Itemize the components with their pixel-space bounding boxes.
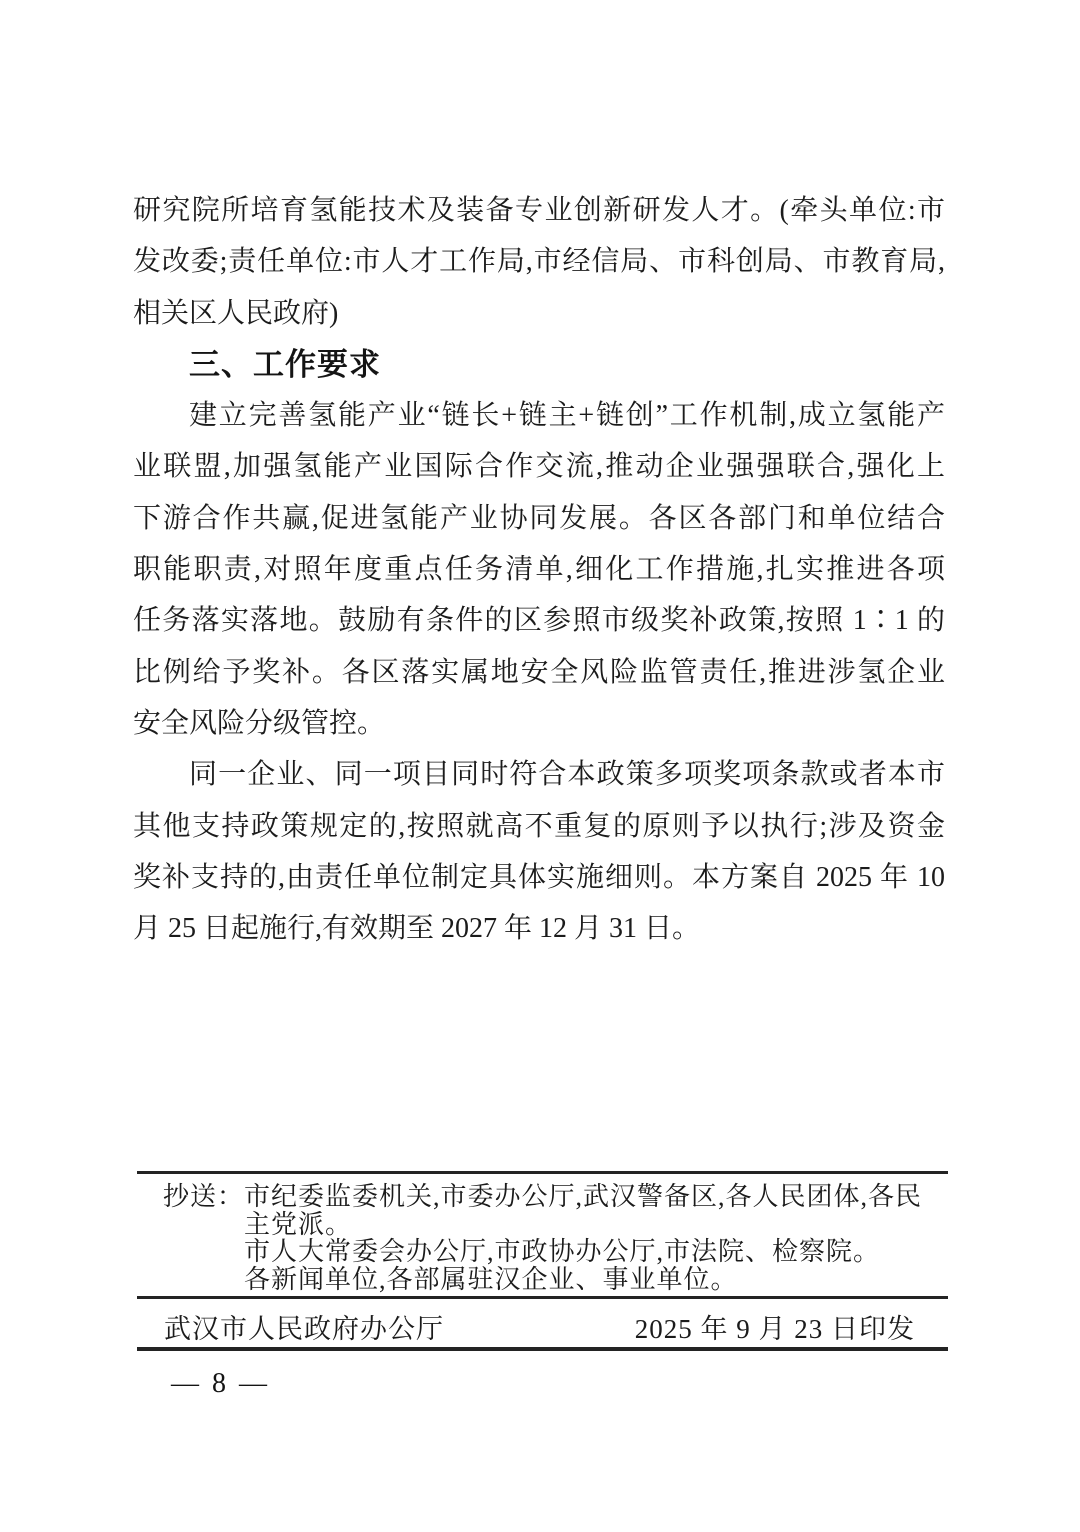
body-line: 奖补支持的,由责任单位制定具体实施细则。本方案自 2025 年 10 bbox=[133, 852, 945, 903]
cc-lines: 市纪委监委机关,市委办公厅,武汉警备区,各人民团体,各民 主党派。 市人大常委会… bbox=[244, 1183, 948, 1293]
document-body: 研究院所培育氢能技术及装备专业创新研发人才。(牵头单位:市 发改委;责任单位:市… bbox=[133, 185, 945, 954]
cc-line: 各新闻单位,各部属驻汉企业、事业单位。 bbox=[244, 1266, 948, 1294]
cc-line: 市人大常委会办公厅,市政协办公厅,市法院、检察院。 bbox=[244, 1238, 948, 1266]
issuer-name: 武汉市人民政府办公厅 bbox=[164, 1307, 444, 1346]
cc-line: 主党派。 bbox=[244, 1211, 948, 1239]
page-number: — 8 — bbox=[171, 1368, 270, 1400]
section-heading: 三、工作要求 bbox=[133, 339, 945, 390]
body-line: 研究院所培育氢能技术及装备专业创新研发人才。(牵头单位:市 bbox=[133, 185, 945, 236]
body-line: 月 25 日起施行,有效期至 2027 年 12 月 31 日。 bbox=[133, 903, 945, 954]
document-page: 研究院所培育氢能技术及装备专业创新研发人才。(牵头单位:市 发改委;责任单位:市… bbox=[0, 0, 1080, 1532]
body-line: 同一企业、同一项目同时符合本政策多项奖项条款或者本市 bbox=[133, 749, 945, 800]
cc-section: 抄送： 市纪委监委机关,市委办公厅,武汉警备区,各人民团体,各民 主党派。 市人… bbox=[137, 1183, 948, 1293]
body-line: 发改委;责任单位:市人才工作局,市经信局、市科创局、市教育局, bbox=[133, 236, 945, 287]
cc-label: 抄送： bbox=[137, 1183, 244, 1293]
body-line: 建立完善氢能产业“链长+链主+链创”工作机制,成立氢能产 bbox=[133, 390, 945, 441]
print-date: 2025 年 9 月 23 日印发 bbox=[635, 1307, 915, 1346]
issuer-row: 武汉市人民政府办公厅 2025 年 9 月 23 日印发 bbox=[137, 1304, 948, 1348]
footer-divider-middle bbox=[137, 1296, 948, 1299]
body-line: 比例给予奖补。各区落实属地安全风险监管责任,推进涉氢企业 bbox=[133, 647, 945, 698]
body-line: 相关区人民政府) bbox=[133, 288, 945, 339]
body-line: 下游合作共赢,促进氢能产业协同发展。各区各部门和单位结合 bbox=[133, 493, 945, 544]
body-line: 职能职责,对照年度重点任务清单,细化工作措施,扎实推进各项 bbox=[133, 544, 945, 595]
footer-divider-bottom bbox=[137, 1347, 948, 1351]
cc-line: 市纪委监委机关,市委办公厅,武汉警备区,各人民团体,各民 bbox=[244, 1183, 948, 1211]
footer-divider-top bbox=[137, 1171, 948, 1174]
body-line: 安全风险分级管控。 bbox=[133, 698, 945, 749]
body-line: 其他支持政策规定的,按照就高不重复的原则予以执行;涉及资金 bbox=[133, 801, 945, 852]
body-line: 业联盟,加强氢能产业国际合作交流,推动企业强强联合,强化上 bbox=[133, 441, 945, 492]
body-line: 任务落实落地。鼓励有条件的区参照市级奖补政策,按照 1∶1 的 bbox=[133, 595, 945, 646]
